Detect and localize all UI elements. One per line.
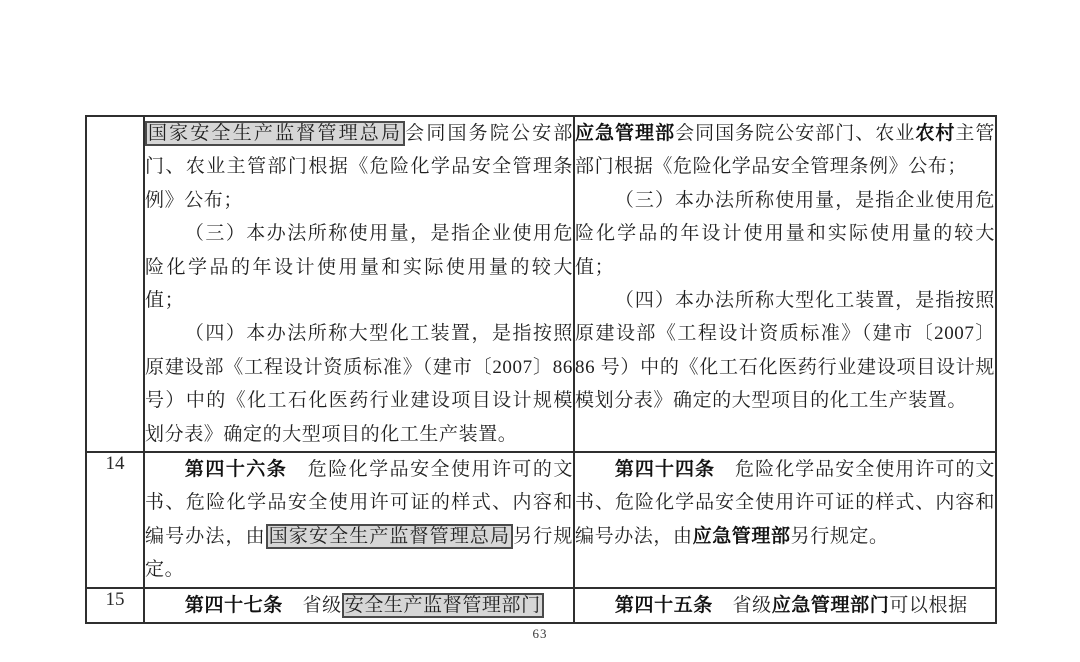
text-segment: 农村	[915, 123, 955, 144]
old-version-cell: 第四十六条 危险化学品安全使用许可的文书、危险化学品安全使用许可证的样式、内容和…	[144, 452, 574, 588]
paragraph: 第四十七条 省级安全生产监督管理部门	[145, 589, 573, 622]
text-segment: 第四十五条	[615, 595, 713, 616]
table-row: 14 第四十六条 危险化学品安全使用许可的文书、危险化学品安全使用许可证的样式、…	[86, 452, 996, 588]
page-number: 63	[0, 626, 1080, 642]
text-segment: （四）本办法所称大型化工装置，是指按照原建设部《工程设计资质标准》（建市〔200…	[575, 290, 995, 411]
text-segment: 应急管理部	[575, 123, 675, 144]
document-page: 国家安全生产监督管理总局会同国务院公安部门、农业主管部门根据《危险化学品安全管理…	[0, 0, 1080, 662]
text-segment: 应急管理部	[693, 526, 791, 547]
new-version-cell: 第四十四条 危险化学品安全使用许可的文书、危险化学品安全使用许可证的样式、内容和…	[574, 452, 996, 588]
highlighted-term: 安全生产监督管理部门	[342, 593, 544, 618]
row-number-cell: 15	[86, 588, 144, 623]
paragraph: 应急管理部会同国务院公安部门、农业农村主管部门根据《危险化学品安全管理条例》公布…	[575, 117, 995, 184]
row-number-cell: 14	[86, 452, 144, 588]
paragraph: 第四十六条 危险化学品安全使用许可的文书、危险化学品安全使用许可证的样式、内容和…	[145, 453, 573, 587]
paragraph: （三）本办法所称使用量，是指企业使用危险化学品的年设计使用量和实际使用量的较大值…	[145, 217, 573, 317]
paragraph: （四）本办法所称大型化工装置，是指按照原建设部《工程设计资质标准》（建市〔200…	[575, 284, 995, 418]
table-row: 15 第四十七条 省级安全生产监督管理部门 第四十五条 省级应急管理部门可以根据	[86, 588, 996, 623]
row-number-cell	[86, 116, 144, 452]
text-segment: 可以根据	[889, 595, 967, 616]
paragraph: 国家安全生产监督管理总局会同国务院公安部门、农业主管部门根据《危险化学品安全管理…	[145, 117, 573, 217]
text-segment: 会同国务院公安部门、农业	[675, 123, 915, 144]
text-segment: （四）本办法所称大型化工装置，是指按照原建设部《工程设计资质标准》（建市〔200…	[145, 323, 573, 444]
text-segment: 省级	[713, 595, 772, 616]
paragraph: 第四十五条 省级应急管理部门可以根据	[575, 589, 995, 622]
new-version-cell: 第四十五条 省级应急管理部门可以根据	[574, 588, 996, 623]
table-row: 国家安全生产监督管理总局会同国务院公安部门、农业主管部门根据《危险化学品安全管理…	[86, 116, 996, 452]
text-segment: 省级	[283, 595, 342, 616]
text-segment: （三）本办法所称使用量，是指企业使用危险化学品的年设计使用量和实际使用量的较大值…	[575, 190, 995, 278]
text-segment: 第四十六条	[185, 459, 287, 480]
comparison-table: 国家安全生产监督管理总局会同国务院公安部门、农业主管部门根据《危险化学品安全管理…	[85, 115, 997, 624]
highlighted-term: 国家安全生产监督管理总局	[145, 121, 405, 146]
new-version-cell: 应急管理部会同国务院公安部门、农业农村主管部门根据《危险化学品安全管理条例》公布…	[574, 116, 996, 452]
old-version-cell: 第四十七条 省级安全生产监督管理部门	[144, 588, 574, 623]
highlighted-term: 国家安全生产监督管理总局	[266, 524, 513, 549]
text-segment: 第四十四条	[615, 459, 715, 480]
text-segment: 另行规定。	[791, 526, 889, 547]
text-segment: 应急管理部门	[772, 595, 890, 616]
text-segment: 第四十七条	[185, 595, 283, 616]
text-segment: （三）本办法所称使用量，是指企业使用危险化学品的年设计使用量和实际使用量的较大值…	[145, 223, 573, 311]
paragraph: 第四十四条 危险化学品安全使用许可的文书、危险化学品安全使用许可证的样式、内容和…	[575, 453, 995, 553]
paragraph: （三）本办法所称使用量，是指企业使用危险化学品的年设计使用量和实际使用量的较大值…	[575, 184, 995, 284]
paragraph: （四）本办法所称大型化工装置，是指按照原建设部《工程设计资质标准》（建市〔200…	[145, 317, 573, 451]
old-version-cell: 国家安全生产监督管理总局会同国务院公安部门、农业主管部门根据《危险化学品安全管理…	[144, 116, 574, 452]
